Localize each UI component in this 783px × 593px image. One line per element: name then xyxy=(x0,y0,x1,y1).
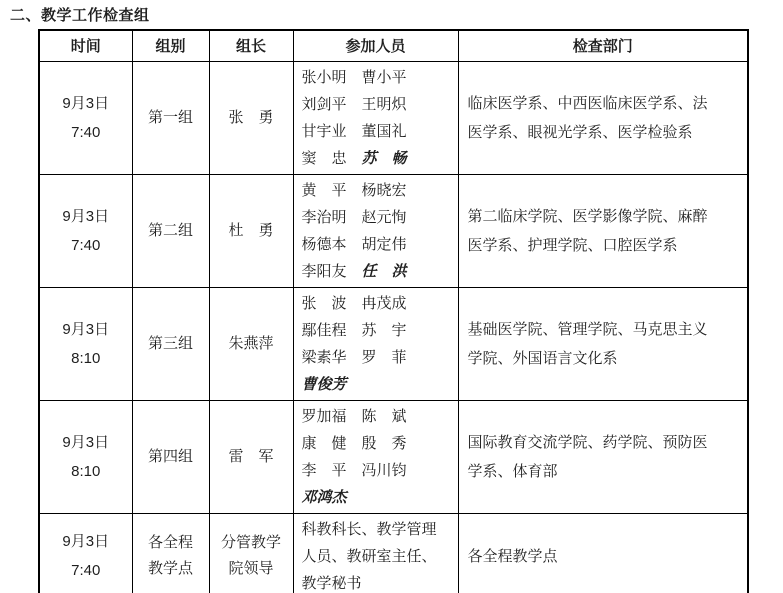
time-cell-line: 8:10 xyxy=(40,457,132,486)
leader-cell-line: 院领导 xyxy=(210,556,293,582)
participant-name: 李治明 赵元恂 xyxy=(302,209,407,226)
participants-line: 科教科长、教学管理 xyxy=(302,516,452,543)
group-cell-line: 第三组 xyxy=(133,331,209,357)
group-cell: 第一组 xyxy=(132,61,209,174)
participants-line: 黄 平 杨晓宏 xyxy=(302,177,452,204)
group-cell-line: 第二组 xyxy=(133,218,209,244)
time-cell-line: 9月3日 xyxy=(40,89,132,118)
header-cell: 时间 xyxy=(39,30,132,61)
time-cell-line: 7:40 xyxy=(40,118,132,147)
header-row: 时间组别组长参加人员检查部门 xyxy=(39,30,748,61)
participant-name: 张 波 冉茂成 xyxy=(302,295,407,312)
participant-name: 黄 平 杨晓宏 xyxy=(302,182,407,199)
participant-name-emphasis: 苏 畅 xyxy=(362,150,407,167)
participant-name: 甘宇业 董国礼 xyxy=(302,123,407,140)
leader-cell: 朱燕萍 xyxy=(209,287,293,400)
participants-line: 李阳友 任 洪 xyxy=(302,258,452,285)
time-cell-line: 9月3日 xyxy=(40,202,132,231)
page-title: 二、教学工作检查组 xyxy=(10,4,150,25)
participant-name: 窦 忠 xyxy=(302,150,362,167)
participants-line: 李治明 赵元恂 xyxy=(302,204,452,231)
leader-cell-line: 雷 军 xyxy=(210,444,293,470)
table-row: 9月3日7:40第一组张 勇张小明 曹小平刘剑平 王明炽甘宇业 董国礼窦 忠 苏… xyxy=(39,61,748,174)
participants-line: 梁素华 罗 菲 xyxy=(302,344,452,371)
departments-cell: 临床医学系、中西医临床医学系、法医学系、眼视光学系、医学检验系 xyxy=(458,61,748,174)
participants-cell: 罗加福 陈 斌康 健 殷 秀李 平 冯川钧邓鸿杰 xyxy=(293,400,458,513)
time-cell-line: 8:10 xyxy=(40,344,132,373)
time-cell-line: 7:40 xyxy=(40,556,132,585)
inspection-table: 时间组别组长参加人员检查部门 9月3日7:40第一组张 勇张小明 曹小平刘剑平 … xyxy=(38,29,749,593)
time-cell: 9月3日7:40 xyxy=(39,61,132,174)
participant-name: 张小明 曹小平 xyxy=(302,69,407,86)
table-row: 9月3日7:40第二组杜 勇黄 平 杨晓宏李治明 赵元恂杨德本 胡定伟李阳友 任… xyxy=(39,174,748,287)
group-cell: 各全程教学点 xyxy=(132,513,209,593)
participant-name: 刘剑平 王明炽 xyxy=(302,96,407,113)
participants-cell: 科教科长、教学管理人员、教研室主任、教学秘书 xyxy=(293,513,458,593)
participant-name: 罗加福 陈 斌 xyxy=(302,408,407,425)
departments-cell-line: 各全程教学点 xyxy=(468,542,740,571)
departments-cell: 基础医学院、管理学院、马克思主义学院、外国语言文化系 xyxy=(458,287,748,400)
departments-cell-line: 国际教育交流学院、药学院、预防医 xyxy=(468,428,740,457)
participant-name: 梁素华 罗 菲 xyxy=(302,349,407,366)
participant-name: 李阳友 xyxy=(302,263,362,280)
leader-cell: 杜 勇 xyxy=(209,174,293,287)
time-cell-line: 9月3日 xyxy=(40,428,132,457)
leader-cell-line: 朱燕萍 xyxy=(210,331,293,357)
header-cell: 参加人员 xyxy=(293,30,458,61)
participants-line: 李 平 冯川钧 xyxy=(302,457,452,484)
time-cell-line: 9月3日 xyxy=(40,315,132,344)
participant-name-emphasis: 邓鸿杰 xyxy=(302,489,347,506)
time-cell: 9月3日8:10 xyxy=(39,400,132,513)
group-cell-line: 教学点 xyxy=(133,556,209,582)
participants-line: 教学秘书 xyxy=(302,570,452,593)
departments-cell-line: 医学系、眼视光学系、医学检验系 xyxy=(468,118,740,147)
participant-name: 鄢佳程 苏 宇 xyxy=(302,322,407,339)
participants-cell: 张小明 曹小平刘剑平 王明炽甘宇业 董国礼窦 忠 苏 畅 xyxy=(293,61,458,174)
participants-line: 曹俊芳 xyxy=(302,371,452,398)
participant-name: 教学秘书 xyxy=(302,575,362,592)
time-cell: 9月3日8:10 xyxy=(39,287,132,400)
participants-line: 康 健 殷 秀 xyxy=(302,430,452,457)
group-cell: 第四组 xyxy=(132,400,209,513)
departments-cell-line: 第二临床学院、医学影像学院、麻醉 xyxy=(468,202,740,231)
participants-line: 人员、教研室主任、 xyxy=(302,543,452,570)
departments-cell-line: 学系、体育部 xyxy=(468,457,740,486)
participants-cell: 张 波 冉茂成鄢佳程 苏 宇梁素华 罗 菲曹俊芳 xyxy=(293,287,458,400)
table-row: 9月3日8:10第四组雷 军罗加福 陈 斌康 健 殷 秀李 平 冯川钧邓鸿杰国际… xyxy=(39,400,748,513)
group-cell: 第三组 xyxy=(132,287,209,400)
departments-cell: 各全程教学点 xyxy=(458,513,748,593)
leader-cell: 分管教学院领导 xyxy=(209,513,293,593)
leader-cell: 张 勇 xyxy=(209,61,293,174)
participants-cell: 黄 平 杨晓宏李治明 赵元恂杨德本 胡定伟李阳友 任 洪 xyxy=(293,174,458,287)
participants-line: 张小明 曹小平 xyxy=(302,64,452,91)
departments-cell: 第二临床学院、医学影像学院、麻醉医学系、护理学院、口腔医学系 xyxy=(458,174,748,287)
participants-line: 杨德本 胡定伟 xyxy=(302,231,452,258)
header-cell: 检查部门 xyxy=(458,30,748,61)
participant-name-emphasis: 曹俊芳 xyxy=(302,376,347,393)
participant-name: 科教科长、教学管理 xyxy=(302,521,437,538)
participant-name-emphasis: 任 洪 xyxy=(362,263,407,280)
departments-cell-line: 医学系、护理学院、口腔医学系 xyxy=(468,231,740,260)
leader-cell-line: 杜 勇 xyxy=(210,218,293,244)
participants-line: 邓鸿杰 xyxy=(302,484,452,511)
participants-line: 窦 忠 苏 畅 xyxy=(302,145,452,172)
leader-cell-line: 分管教学 xyxy=(210,530,293,556)
leader-cell-line: 张 勇 xyxy=(210,105,293,131)
departments-cell-line: 学院、外国语言文化系 xyxy=(468,344,740,373)
departments-cell-line: 基础医学院、管理学院、马克思主义 xyxy=(468,315,740,344)
participants-line: 张 波 冉茂成 xyxy=(302,290,452,317)
participants-line: 刘剑平 王明炽 xyxy=(302,91,452,118)
participant-name: 康 健 殷 秀 xyxy=(302,435,407,452)
participants-line: 鄢佳程 苏 宇 xyxy=(302,317,452,344)
table-body: 9月3日7:40第一组张 勇张小明 曹小平刘剑平 王明炽甘宇业 董国礼窦 忠 苏… xyxy=(39,61,748,593)
leader-cell: 雷 军 xyxy=(209,400,293,513)
participants-line: 罗加福 陈 斌 xyxy=(302,403,452,430)
participants-line: 甘宇业 董国礼 xyxy=(302,118,452,145)
participant-name: 人员、教研室主任、 xyxy=(302,548,437,565)
header-cell: 组别 xyxy=(132,30,209,61)
departments-cell-line: 临床医学系、中西医临床医学系、法 xyxy=(468,89,740,118)
time-cell: 9月3日7:40 xyxy=(39,174,132,287)
group-cell: 第二组 xyxy=(132,174,209,287)
table-row: 9月3日8:10第三组朱燕萍张 波 冉茂成鄢佳程 苏 宇梁素华 罗 菲曹俊芳基础… xyxy=(39,287,748,400)
time-cell-line: 7:40 xyxy=(40,231,132,260)
table-row: 9月3日7:40各全程教学点分管教学院领导科教科长、教学管理人员、教研室主任、教… xyxy=(39,513,748,593)
header-cell: 组长 xyxy=(209,30,293,61)
time-cell: 9月3日7:40 xyxy=(39,513,132,593)
departments-cell: 国际教育交流学院、药学院、预防医学系、体育部 xyxy=(458,400,748,513)
group-cell-line: 第一组 xyxy=(133,105,209,131)
group-cell-line: 第四组 xyxy=(133,444,209,470)
group-cell-line: 各全程 xyxy=(133,530,209,556)
document-page: { "colors": { "background": "#ffffff", "… xyxy=(0,0,783,593)
participant-name: 李 平 冯川钧 xyxy=(302,462,407,479)
time-cell-line: 9月3日 xyxy=(40,527,132,556)
participant-name: 杨德本 胡定伟 xyxy=(302,236,407,253)
